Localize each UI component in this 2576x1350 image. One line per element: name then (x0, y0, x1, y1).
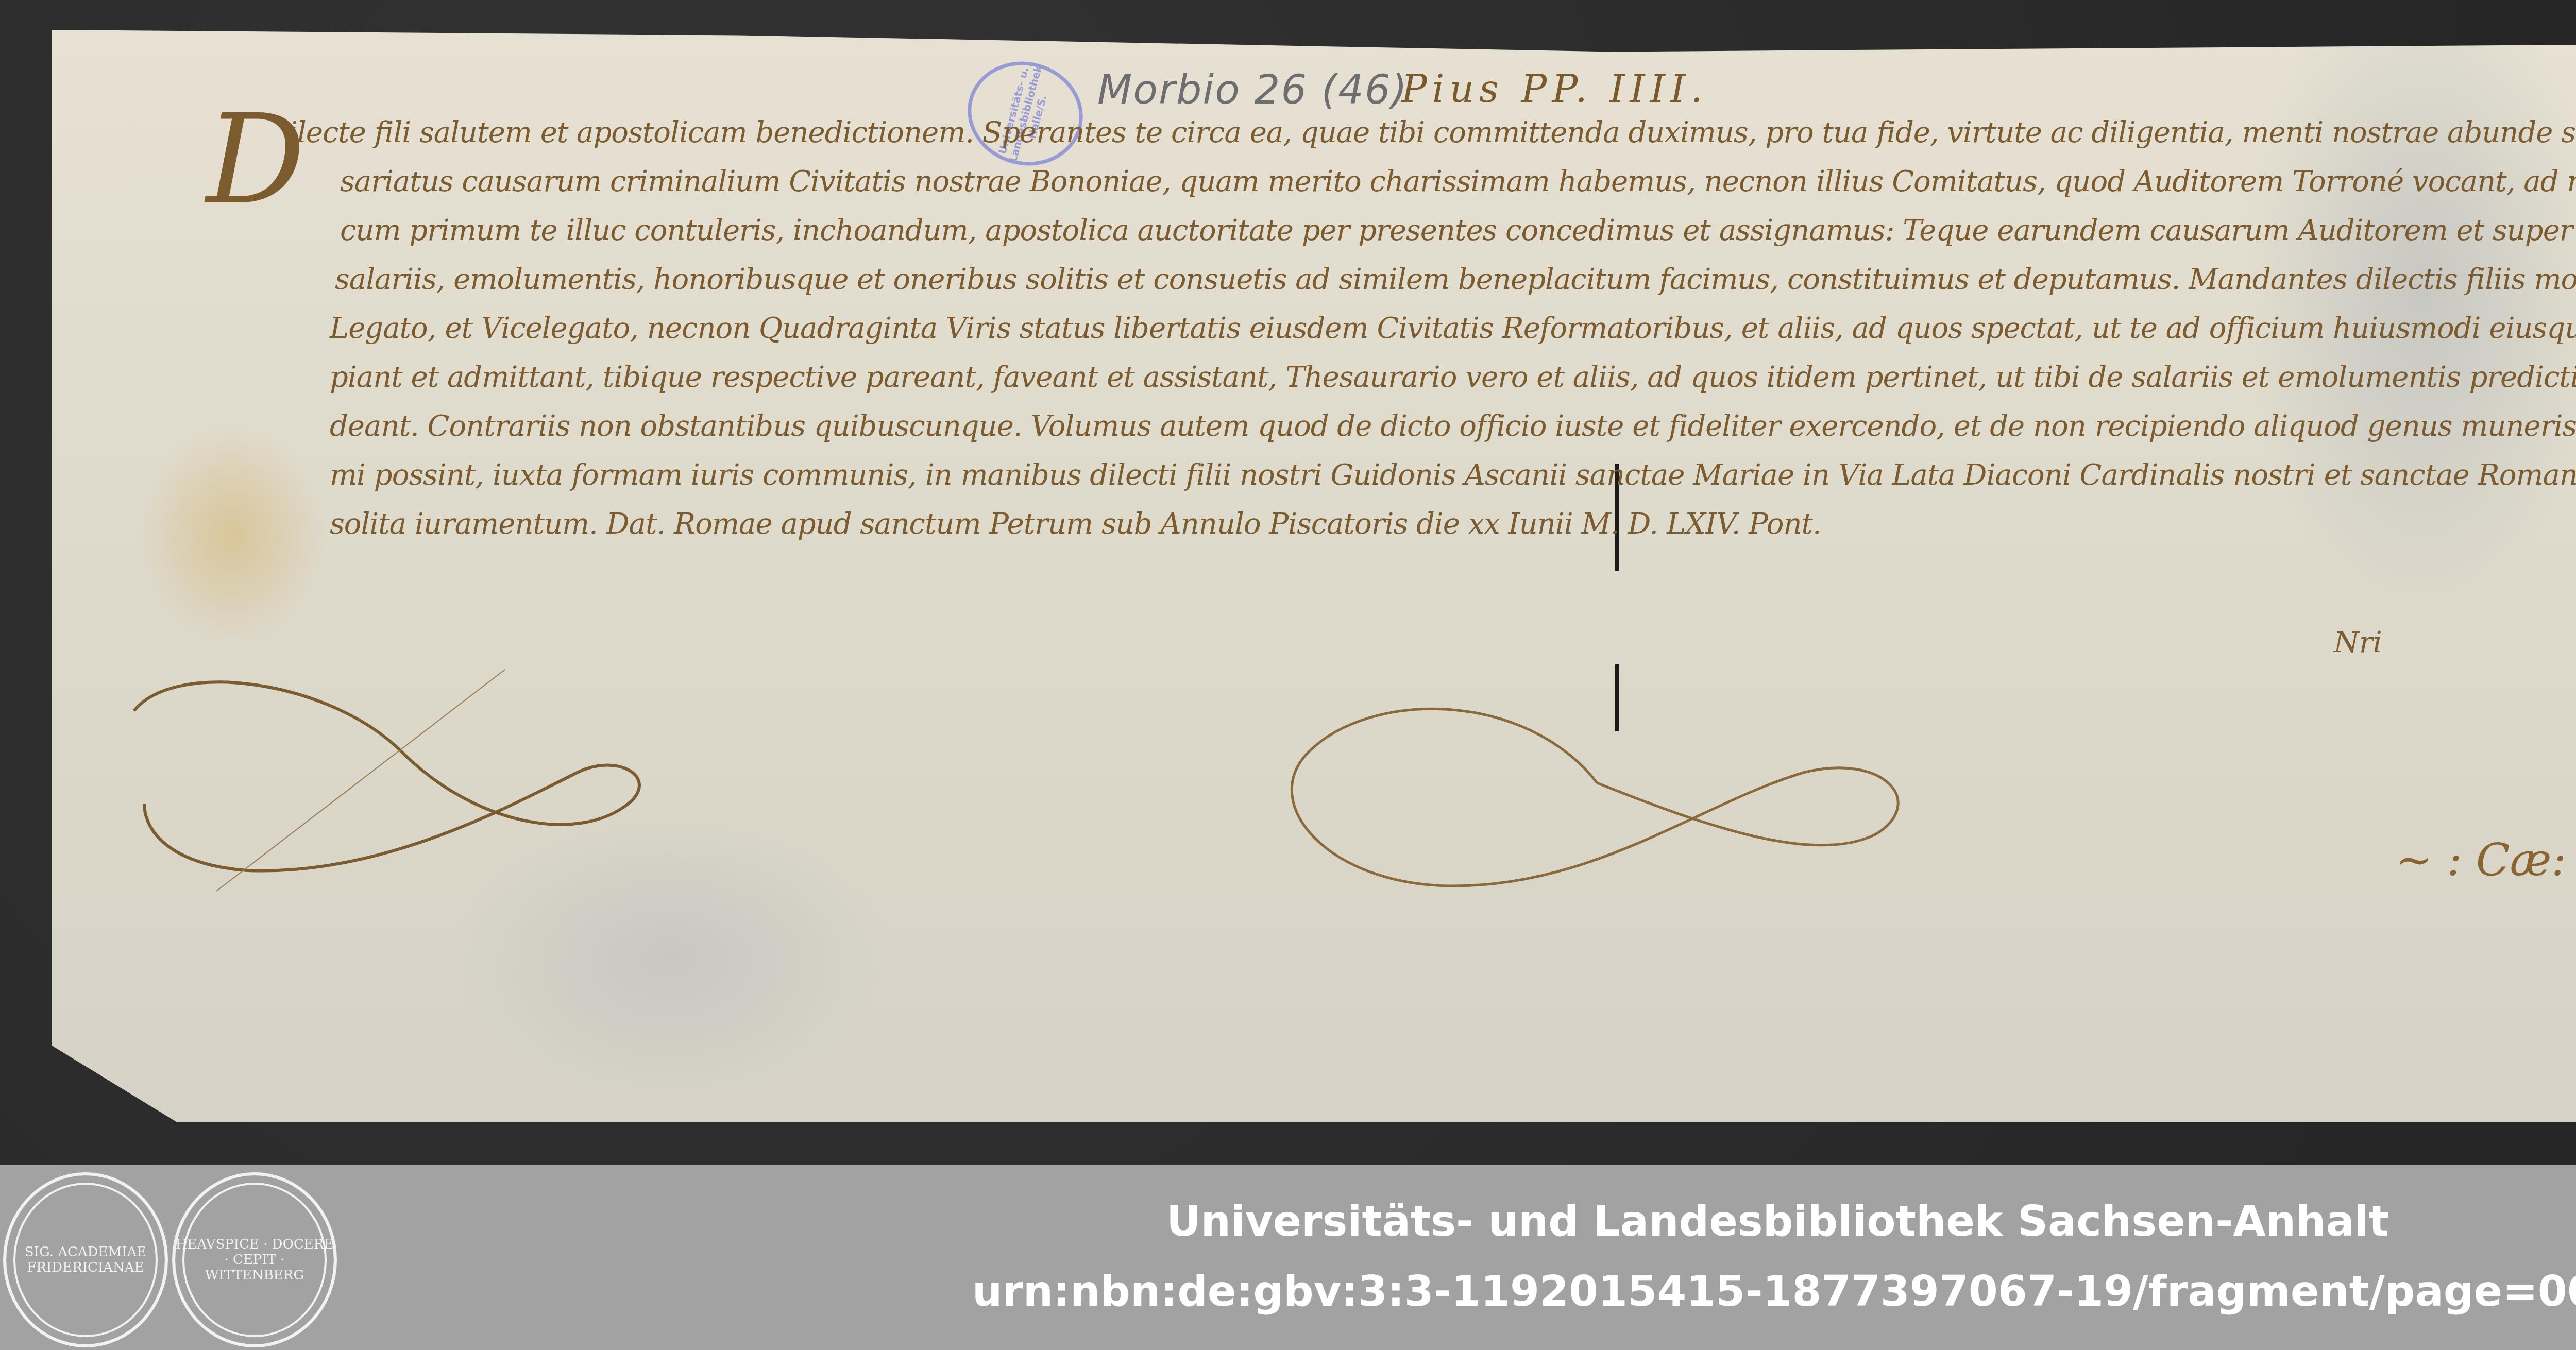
manuscript-line: Legato, et Vicelegato, necnon Quadragint… (216, 304, 2576, 353)
dating-word: Nri (2334, 626, 2382, 659)
footer-band: SIG. ACADEMIAE FRIDERICIANAE HEAVSPICE ·… (0, 1165, 2576, 1350)
manuscript-line: salariis, emolumentis, honoribusque et o… (216, 255, 2576, 304)
manuscript-line: solita iuramentum. Dat. Romae apud sanct… (216, 500, 2576, 549)
manuscript-line: deant. Contrariis non obstantibus quibus… (216, 402, 2576, 451)
dating-clause: Nri Anno Quarto (2334, 626, 2576, 659)
manuscript-line: piant et admittant, tibique respective p… (216, 353, 2576, 402)
manuscript-line: ilecte fili salutem et apostolicam bened… (216, 108, 2576, 157)
pencil-shelfmark: Morbio 26 (46) (1097, 67, 1408, 113)
manuscript-line: cum primum te illuc contuleris, inchoand… (216, 206, 2576, 255)
flourish-left-icon (113, 649, 680, 896)
manuscript-text: ilecte fili salutem et apostolicam bened… (216, 108, 2576, 549)
signature: ∼ : Cæ: Glorierius : ∼ (2396, 834, 2576, 886)
document-heading: Pius PP. IIII. (1401, 67, 1708, 111)
institution-name: Universitäts- und Landesbibliothek Sachs… (0, 1197, 2576, 1246)
urn-identifier: urn:nbn:de:gbv:3:3-1192015415-1877397067… (0, 1267, 2576, 1316)
flourish-center-icon (1236, 670, 1958, 917)
manuscript-line: mi possint, iuxta formam iuris communis,… (216, 451, 2576, 500)
manuscript-line: sariatus causarum criminalium Civitatis … (216, 157, 2576, 206)
